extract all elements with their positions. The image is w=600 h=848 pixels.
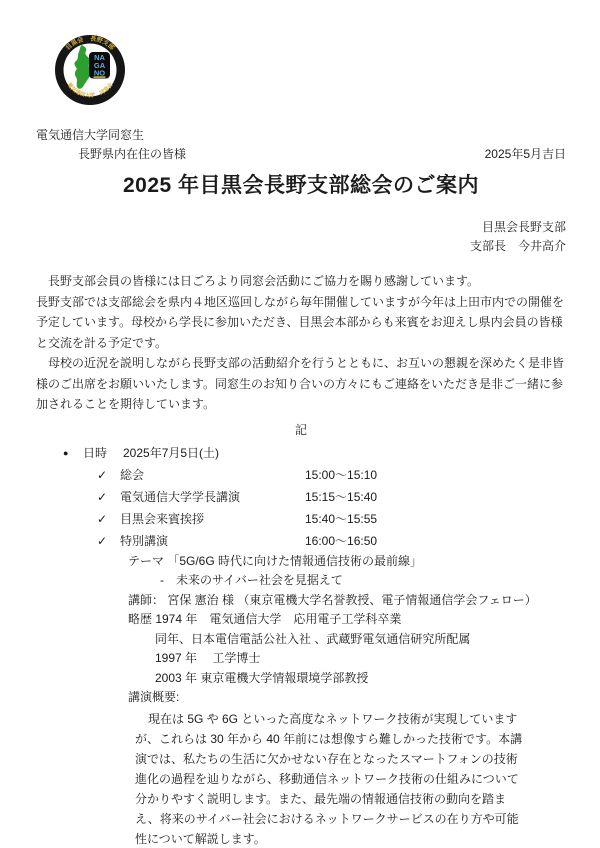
sender-org: 目黒会長野支部 (36, 218, 566, 237)
schedule-item: ✓ 電気通信大学学長講演 15:15～15:40 (97, 486, 566, 508)
body-text: 長野支部会員の皆様には日ごろより同窓会活動にご協力を賜り感謝しています。 長野支… (36, 271, 566, 415)
paragraph-invite: 母校の近況を説明しながら長野支部の活動紹介を行うとともに、お互いの懇親を深めたく… (36, 353, 566, 415)
addressee-line2: 長野県内在住の皆様 (78, 147, 186, 162)
schedule-item: ✓ 目黒会来賓挨拶 15:40～15:55 (97, 508, 566, 530)
bullet-icon: ● (63, 442, 83, 464)
badge-accent-bar (94, 76, 106, 77)
schedule-date-value: 2025年7月5日(土) (123, 442, 219, 464)
sender-block: 目黒会長野支部 支部長 今井高介 (36, 218, 566, 256)
checkmark-icon: ✓ (97, 508, 120, 530)
addressee-date-row: 長野県内在住の皆様 2025年5月吉日 (36, 147, 566, 162)
schedule-date-label: 日時 (83, 442, 123, 464)
sender-person: 支部長 今井高介 (36, 237, 566, 256)
schedule-date-row: ● 日時 2025年7月5日(土) (63, 442, 566, 464)
page-title: 2025 年目黒会長野支部総会のご案内 (36, 172, 566, 199)
lecture-theme: テーマ 「5G/6G 時代に向けた情報通信技術の最前線」 (128, 552, 566, 572)
checkmark-icon: ✓ (97, 464, 120, 486)
career-line: 2003 年 東京電機大学情報環境学部教授 (155, 669, 566, 689)
record-marker: 記 (36, 420, 566, 440)
addressee-line1: 電気通信大学同窓生 (36, 128, 566, 143)
paragraph-plan: 長野支部では支部総会を県内４地区巡回しながら毎年開催していますが今年は上田市内で… (36, 292, 566, 354)
checkmark-icon: ✓ (97, 486, 120, 508)
abstract-text: 現在は 5G や 6G といった高度なネットワーク技術が実現していますが、これら… (135, 709, 525, 848)
checkmark-icon: ✓ (97, 530, 120, 552)
schedule-item-time: 15:15～15:40 (305, 486, 377, 508)
schedule-item-label: 目黒会来賓挨拶 (120, 508, 305, 530)
career-line: 1997 年 工学博士 (155, 649, 566, 669)
lecturer-line: 講師： 宮保 憲治 様 （東京電機大学名誉教授、電子情報通信学会フェロー） (128, 591, 566, 611)
badge-text-no: NO (94, 69, 105, 78)
schedule-item-time: 16:00～16:50 (305, 530, 377, 552)
career-line: 同年、日本電信電話公社入社 、武蔵野電気通信研究所配属 (155, 630, 566, 650)
meguro-kai-nagano-logo: 目黒会 長野支部 電気通信大学 同窓会 NA GA NO (53, 33, 127, 107)
abstract-label: 講演概要: (128, 688, 566, 708)
document-page: 目黒会 長野支部 電気通信大学 同窓会 NA GA NO 電気通信大学同窓生 長… (0, 0, 600, 848)
badge-icon: 目黒会 長野支部 電気通信大学 同窓会 NA GA NO (53, 33, 127, 107)
schedule-item-time: 15:00～15:10 (305, 464, 377, 486)
schedule-item: ✓ 特別講演 16:00～16:50 (97, 530, 566, 552)
schedule-item-label: 総会 (120, 464, 305, 486)
schedule-item: ✓ 総会 15:00～15:10 (97, 464, 566, 486)
schedule-item-label: 特別講演 (120, 530, 305, 552)
schedule-item-label: 電気通信大学学長講演 (120, 486, 305, 508)
lecture-subtitle: - 未来のサイバー社会を見据えて (160, 571, 566, 591)
paragraph-thanks: 長野支部会員の皆様には日ごろより同窓会活動にご協力を賜り感謝しています。 (36, 271, 566, 292)
career-line: 略歴 1974 年 電気通信大学 応用電子工学科卒業 (128, 610, 566, 630)
document-date: 2025年5月吉日 (485, 147, 566, 162)
schedule-item-time: 15:40～15:55 (305, 508, 377, 530)
